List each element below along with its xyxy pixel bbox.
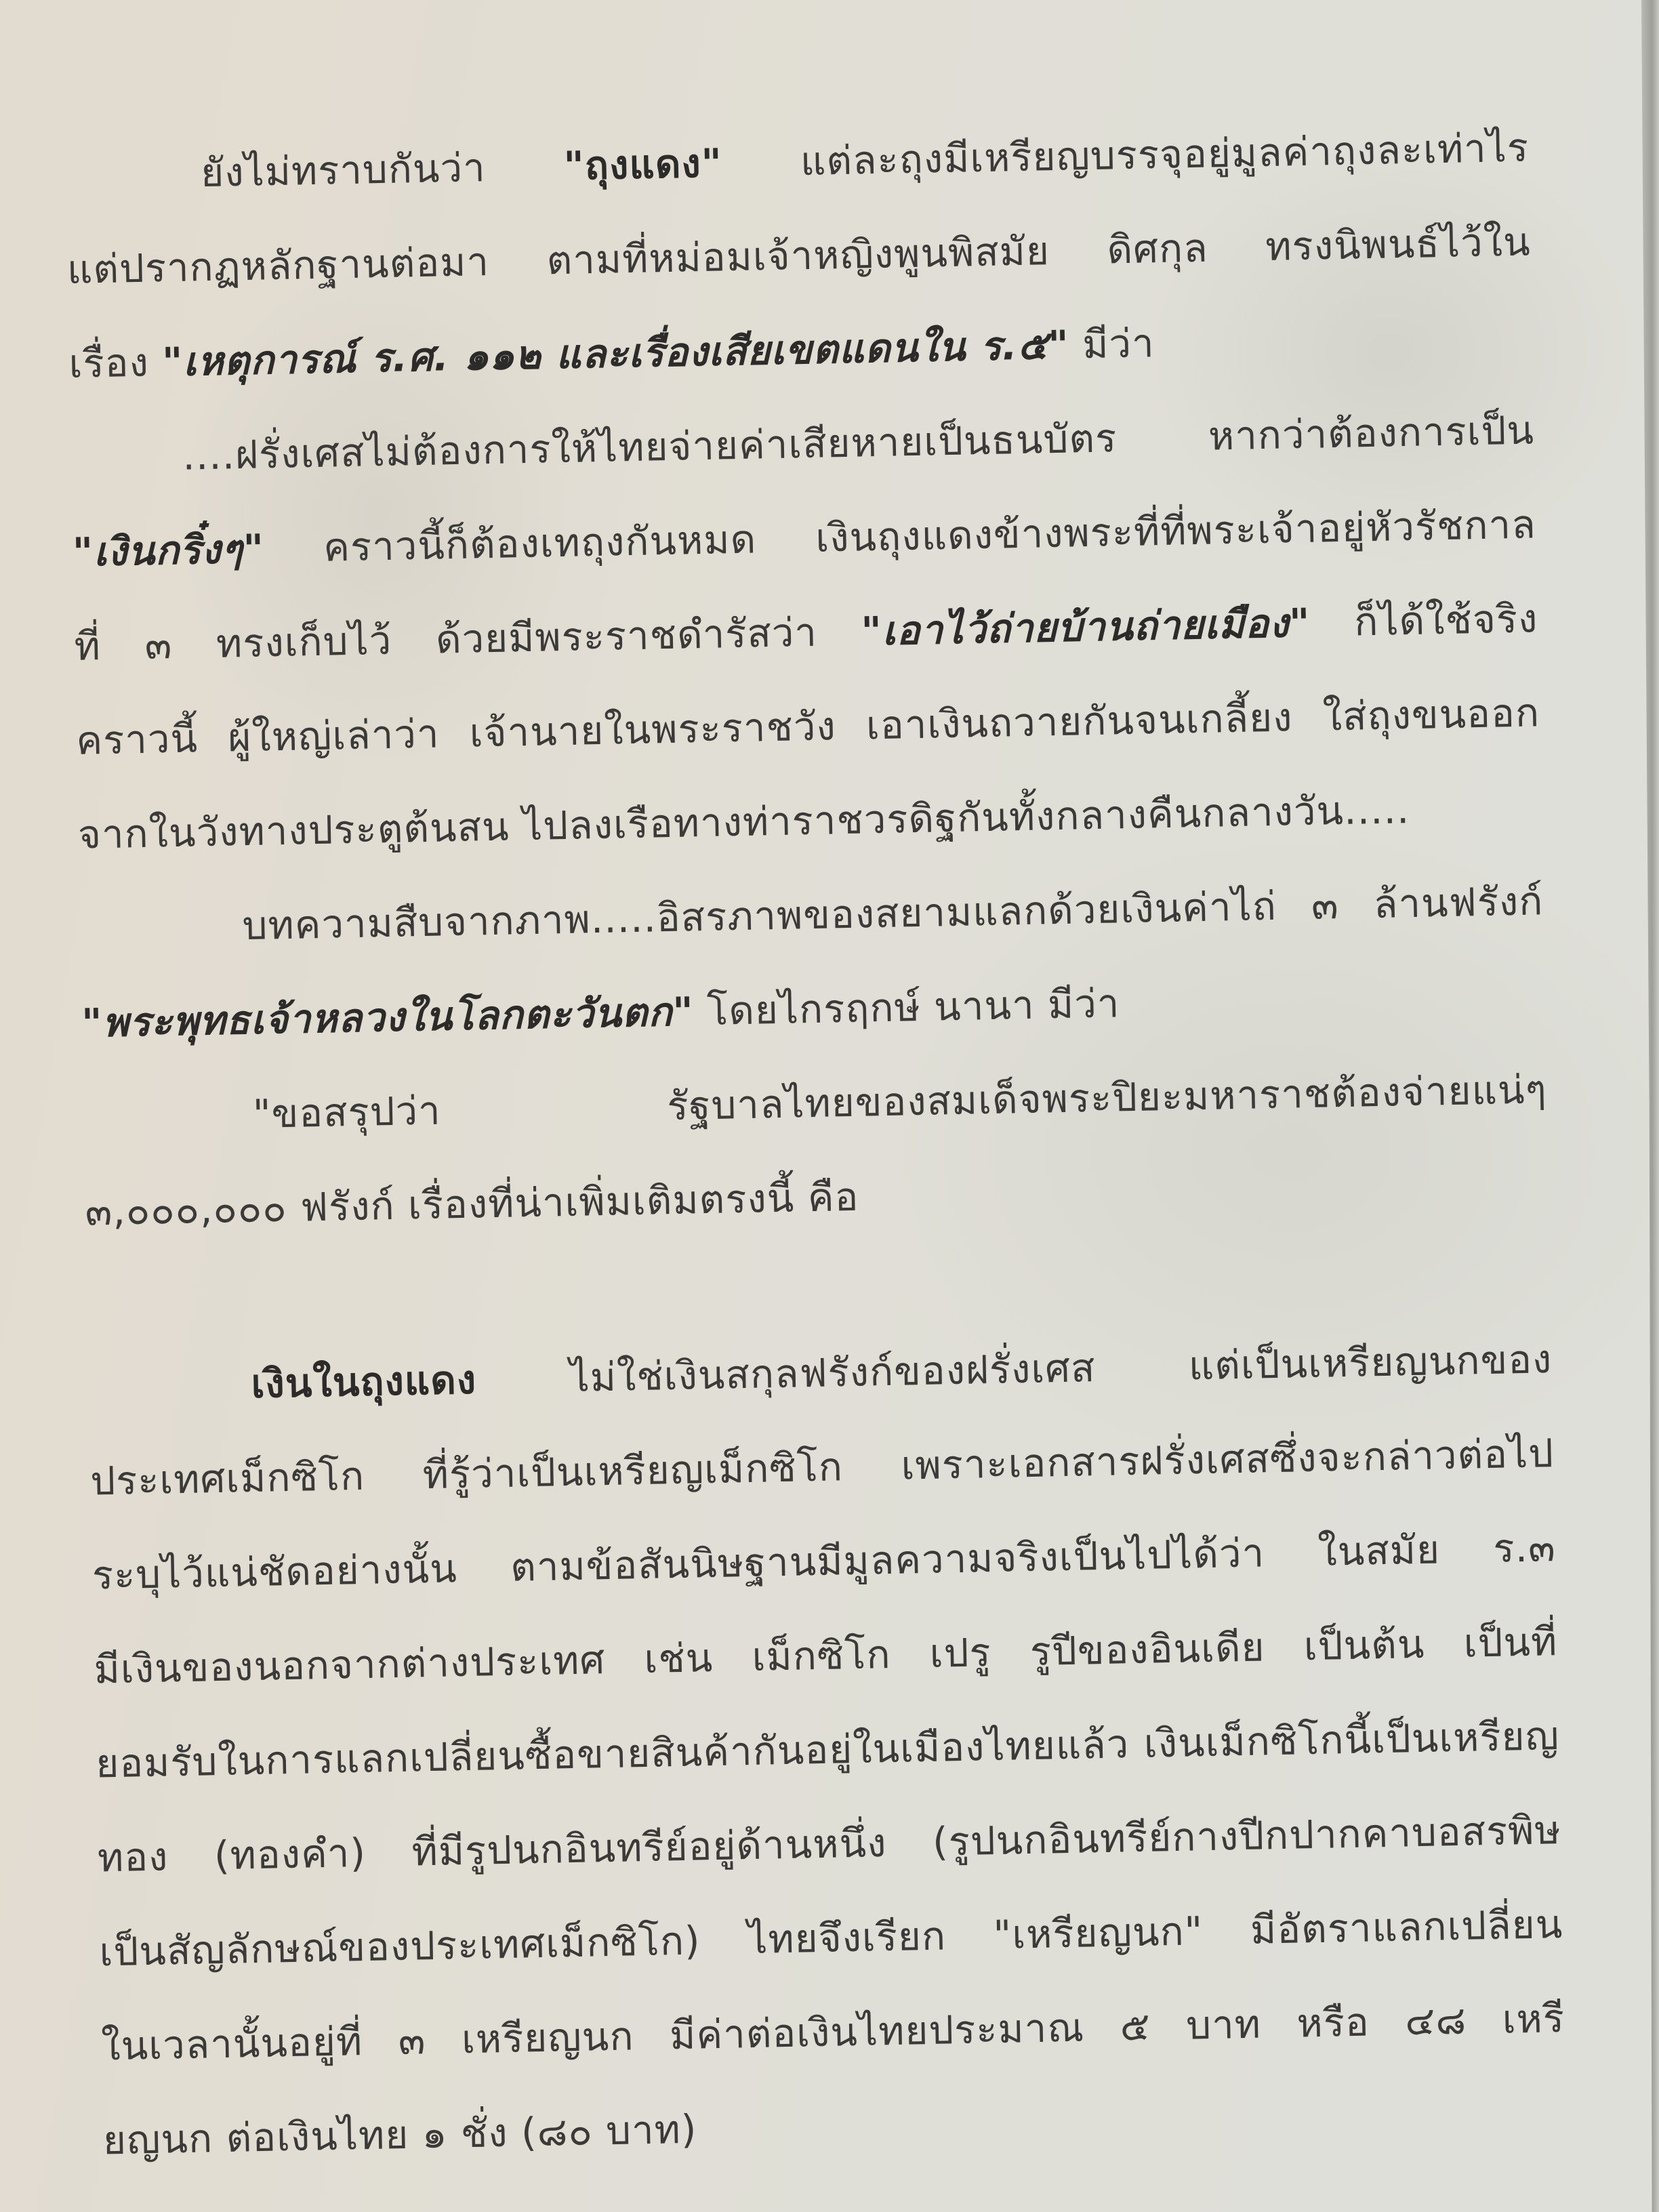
text-segment: มีว่า (1069, 320, 1155, 367)
bold-phrase: "ถุงแดง" (563, 140, 723, 188)
bold-phrase: "เหตุการณ์ ร.ศ. ๑๑๒ และเรื่องเสียเขตแดนใ… (162, 322, 1070, 386)
text-segment: ก็ได้ใช้จริง (1310, 595, 1538, 645)
text-segment: ๓,๐๐๐,๐๐๐ ฟรังก์ เรื่องที่น่าเพิ่มเติมตร… (85, 1174, 859, 1235)
bold-phrase: "เงินกริ๋งๆ" (72, 525, 264, 575)
text-segment: ที่ ๓ ทรงเก็บไว้ ด้วยมีพระราชดำรัสว่า (74, 609, 861, 670)
text-segment: มีเงินของนอกจากต่างประเทศ เช่น เม็กซิโก … (94, 1618, 1558, 1692)
text-segment: จากในวังทางประตูต้นสน ไปลงเรือทางท่าราชว… (77, 786, 1410, 858)
text-segment: ....ฝรั่งเศสไม่ต้องการให้ไทยจ่ายค่าเสียห… (182, 407, 1535, 478)
page-edge-shadow (1641, 0, 1659, 2212)
text-segment: คราวนี้ ผู้ใหญ่เล่าว่า เจ้านายในพระราชวั… (76, 689, 1540, 763)
text-segment: ทอง (ทองคำ) ที่มีรูปนกอินทรีย์อยู่ด้านหน… (97, 1807, 1561, 1881)
text-segment: บทความสืบจากภาพ.....อิสรภาพของสยามแลกด้ว… (242, 878, 1544, 949)
text-segment: ระบุไว้แน่ชัดอย่างนั้น ตามข้อสันนิษฐานมี… (91, 1524, 1556, 1598)
bold-phrase: "เอาไว้ถ่ายบ้านถ่ายเมือง" (861, 600, 1311, 655)
text-segment: เป็นสัญลักษณ์ของประเทศเม็กซิโก) ไทยจึงเร… (99, 1901, 1563, 1975)
text-segment: ยอมรับในการแลกเปลี่ยนซื้อขายสินค้ากันอยู… (96, 1713, 1560, 1786)
text-segment: เรื่อง (68, 339, 163, 387)
page-text: ยังไม่ทราบกันว่า "ถุงแดง" แต่ละถุงมีเหรี… (64, 101, 1568, 2188)
text-segment: ไม่ใช่เงินสกุลฟรังก์ของฝรั่งเศส แต่เป็นเ… (476, 1336, 1552, 1402)
text-segment: ประเทศเม็กซิโก ที่รู้ว่าเป็นเหรียญเม็กซิ… (90, 1430, 1555, 1504)
bold-phrase: "พระพุทธเจ้าหลวงในโลกตะวันตก" (81, 988, 695, 1046)
text-segment: ในเวลานั้นอยู่ที่ ๓ เหรียญนก มีค่าต่อเงิ… (101, 1995, 1565, 2069)
bold-phrase: เงินในถุงแดง (251, 1357, 477, 1407)
text-segment: โดยไกรฤกษ์ นานา มีว่า (693, 980, 1120, 1034)
text-segment: แต่ละถุงมีเหรียญบรรจุอยู่มูลค่าถุงละเท่า… (722, 125, 1529, 186)
book-page: ยังไม่ทราบกันว่า "ถุงแดง" แต่ละถุงมีเหรี… (0, 0, 1659, 2212)
text-segment: แต่ปรากฏหลักฐานต่อมา ตามที่หม่อมเจ้าหญิง… (66, 219, 1531, 293)
text-segment: คราวนี้ก็ต้องเทถุงกันหมด เงินถุงแดงข้างพ… (264, 501, 1536, 571)
text-segment: "ขอสรุปว่า รัฐบาลไทยของสมเด็จพระปิยะมหาร… (252, 1066, 1547, 1137)
text-segment: ยังไม่ทราบกันว่า (201, 143, 565, 196)
text-segment: ยญนก ต่อเงินไทย ๑ ชั่ง (๘๐ บาท) (102, 2106, 697, 2164)
